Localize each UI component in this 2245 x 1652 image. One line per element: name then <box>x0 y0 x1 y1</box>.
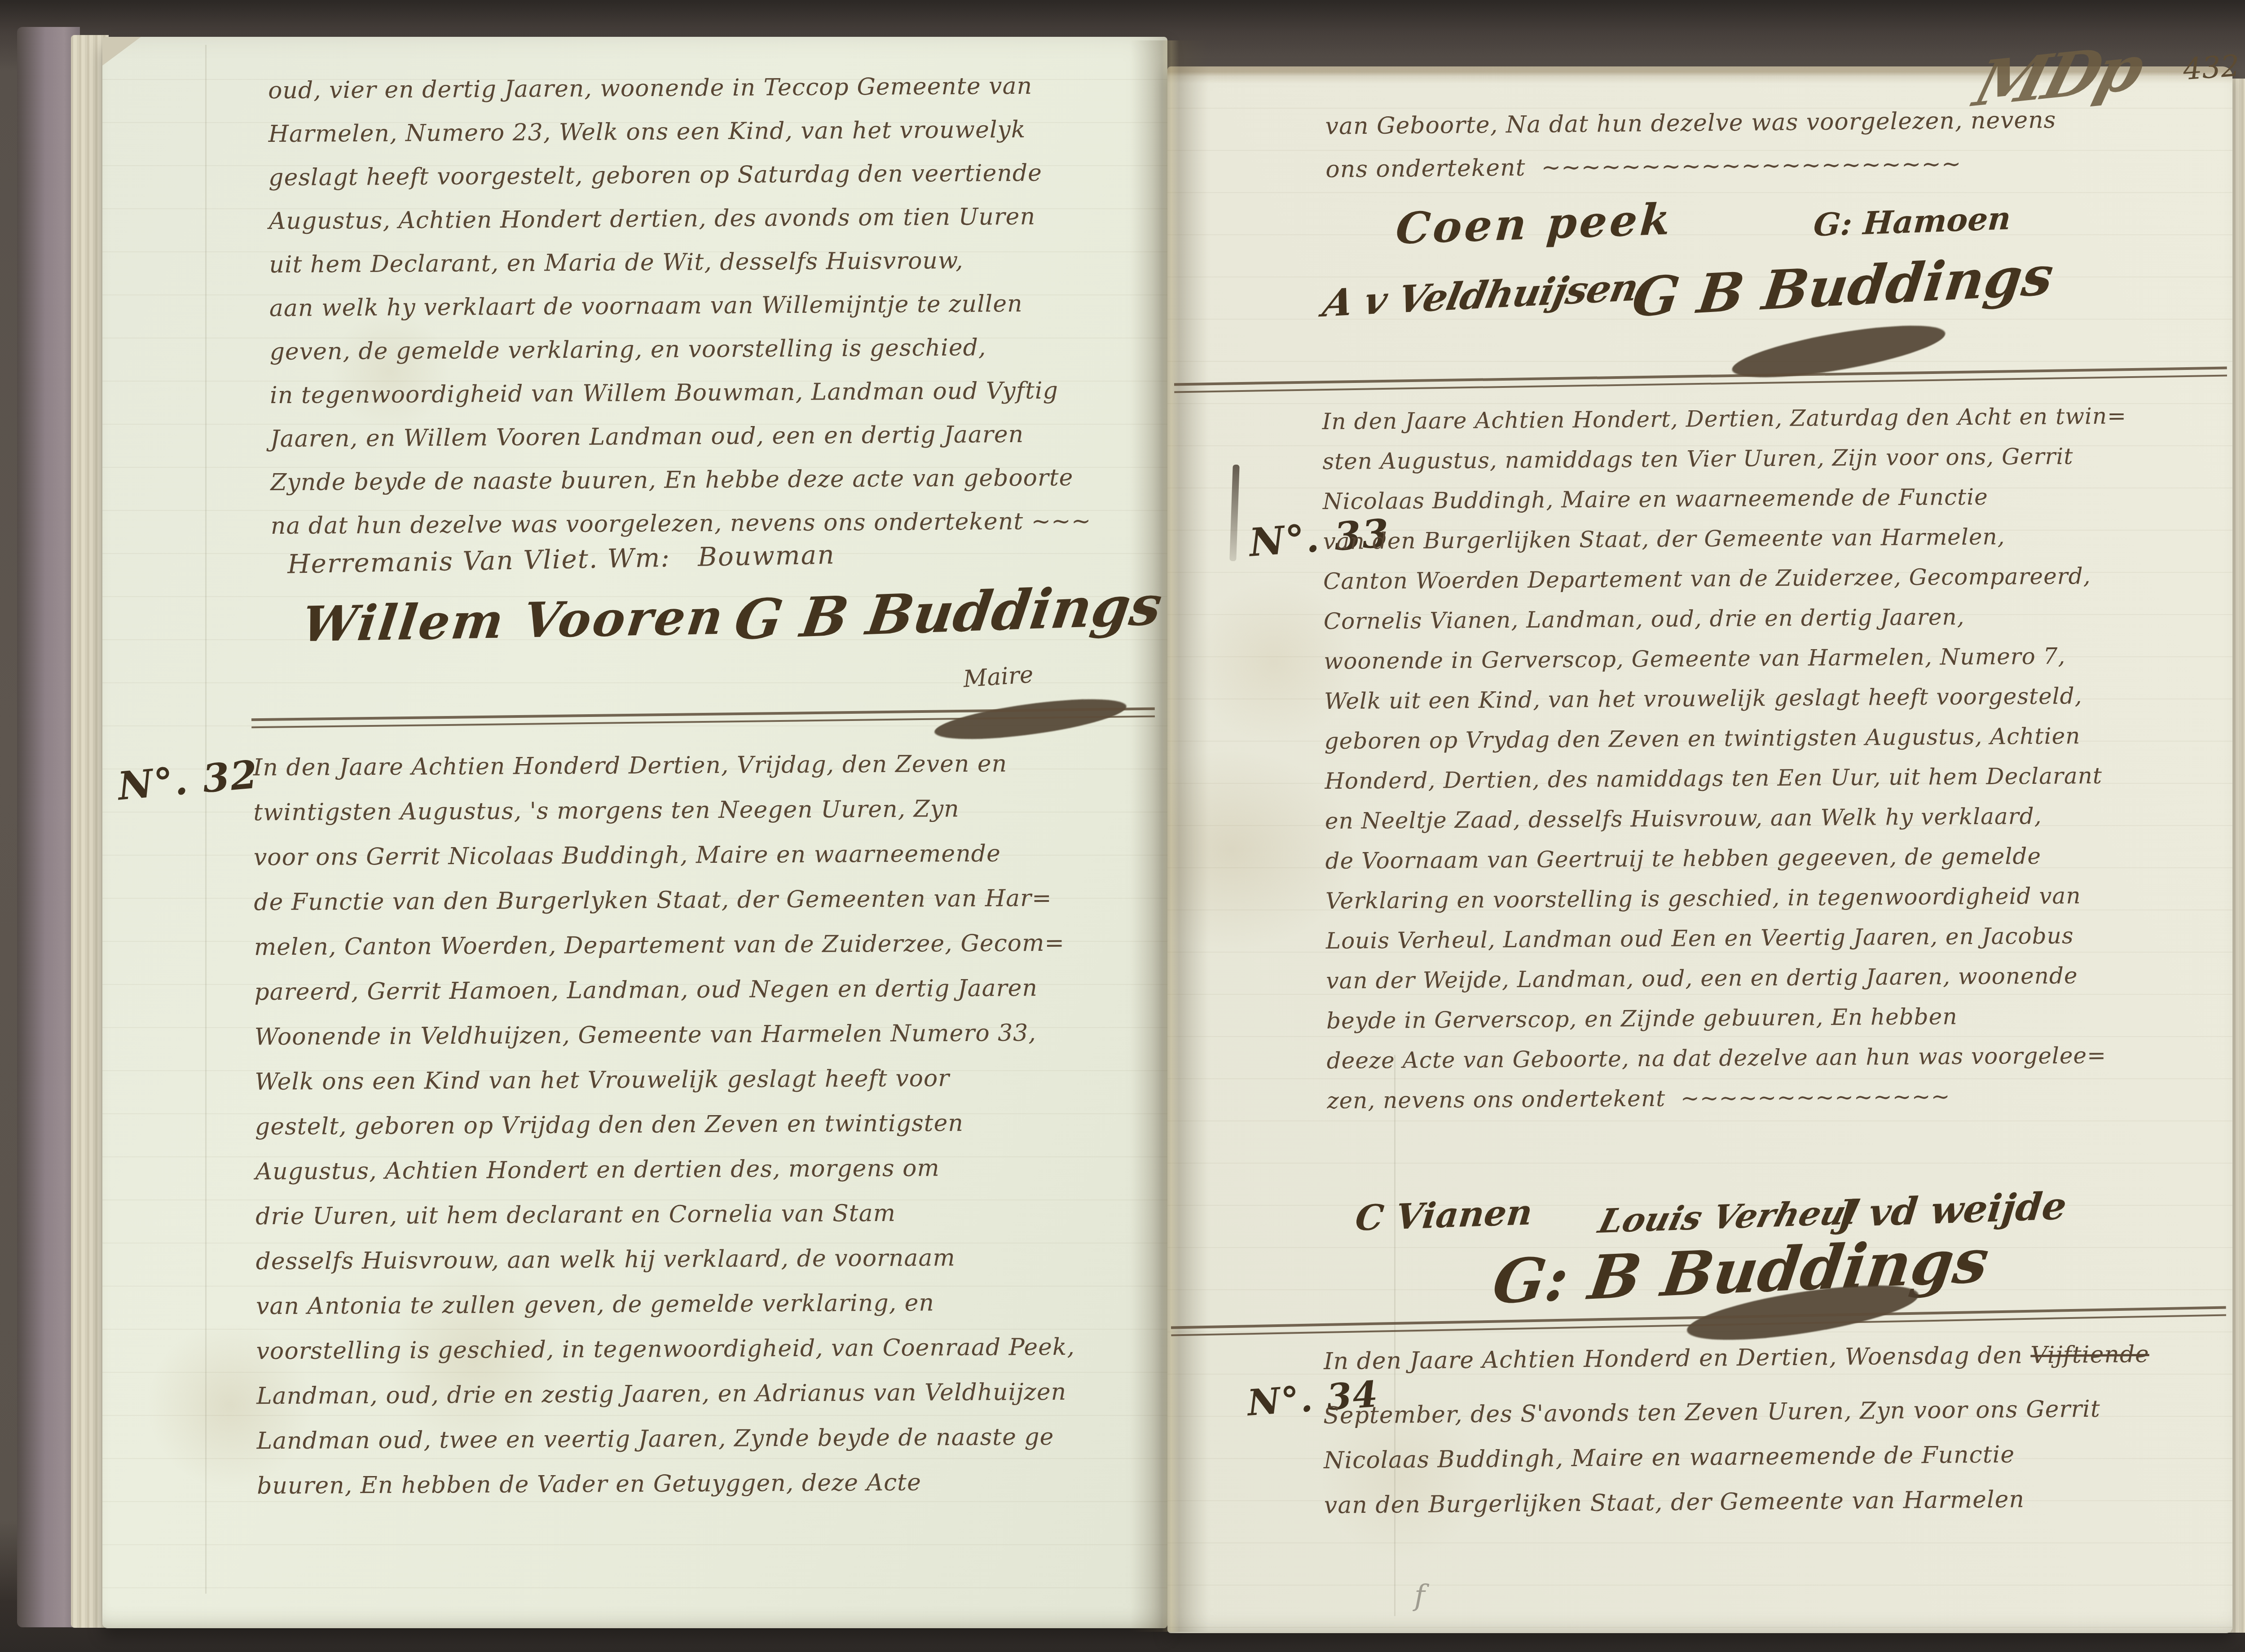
manuscript-line: geslagt heeft voorgestelt, geboren op Sa… <box>269 151 1162 200</box>
signature-coen-peek: Coen peek <box>1394 193 1674 254</box>
manuscript-line: en Neeltje Zaad, desselfs Huisvrouw, aan… <box>1325 795 2232 841</box>
manuscript-line: In den Jaare Achtien Hondert, Dertien, Z… <box>1322 395 2229 442</box>
manuscript-line: oud, vier en dertig Jaaren, woonende in … <box>268 64 1162 113</box>
manuscript-line: woonende in Gerverscop, Gemeente van Har… <box>1324 635 2231 681</box>
manuscript-line: twintigsten Augustus, 's morgens ten Nee… <box>253 786 1158 835</box>
manuscript-line: geven, de gemelde verklaring, en voorste… <box>269 325 1163 374</box>
manuscript-line: In den Jaare Achtien Honderd Dertien, Vr… <box>253 741 1158 791</box>
book-cover-edge <box>17 27 80 1627</box>
signature-title-maire: Maire <box>962 661 1034 693</box>
page-corner-fold <box>102 37 141 66</box>
manuscript-line: van den Burgerlijken Staat, der Gemeente… <box>1323 515 2230 562</box>
manuscript-line: aan welk hy verklaart de voornaam van Wi… <box>269 281 1163 330</box>
page-crease-right <box>1394 1055 1395 1616</box>
manuscript-line: voorstelling is geschied, in tegenwoordi… <box>256 1324 1161 1374</box>
entry32-continuation-text: van Geboorte, Na dat hun dezelve was voo… <box>1325 97 2224 191</box>
entry34-text: September, des S'avonds ten Zeven Uuren,… <box>1323 1385 2232 1528</box>
pencil-mark-f: f <box>1414 1579 1425 1612</box>
entry34-struck-word: Vijftiende <box>2030 1341 2149 1369</box>
scan-background: { "scan": { "page_number": "432", "corne… <box>0 0 2245 1652</box>
signature-g-hamoen: G: Hamoen <box>1812 199 2012 243</box>
manuscript-line: Jaaren, en Willem Vooren Landman oud, ee… <box>270 412 1164 461</box>
manuscript-line: van Antonia te zullen geven, de gemelde … <box>256 1279 1161 1329</box>
manuscript-line: van der Weijde, Landman, oud, een en der… <box>1326 955 2233 1001</box>
manuscript-line: Landman, oud, drie en zestig Jaaren, en … <box>256 1369 1161 1419</box>
manuscript-line: September, des S'avonds ten Zeven Uuren,… <box>1323 1385 2231 1438</box>
manuscript-line: Honderd, Dertien, des namiddags ten Een … <box>1325 755 2232 801</box>
signature-willem-vooren: Willem Vooren <box>299 589 728 653</box>
manuscript-line: deeze Acte van Geboorte, na dat dezelve … <box>1326 1035 2234 1081</box>
manuscript-line: desselfs Huisvrouw, aan welk hij verklaa… <box>255 1235 1160 1284</box>
manuscript-line: Cornelis Vianen, Landman, oud, drie en d… <box>1324 595 2231 641</box>
manuscript-line: na dat hun dezelve was voorgelezen, neve… <box>271 499 1165 548</box>
manuscript-line: geboren op Vrydag den Zeven en twintigst… <box>1324 715 2232 761</box>
entry32-text: In den Jaare Achtien Honderd Dertien, Vr… <box>253 741 1162 1509</box>
manuscript-line: van Geboorte, Na dat hun dezelve was voo… <box>1325 97 2223 148</box>
manuscript-line: pareerd, Gerrit Hamoen, Landman, oud Neg… <box>254 965 1159 1015</box>
manuscript-line: ons ondertekent ~~~~~~~~~~~~~~~~~~~~~ <box>1325 140 2224 191</box>
entry33-text: In den Jaare Achtien Hondert, Dertien, Z… <box>1322 395 2234 1121</box>
manuscript-line: Nicolaas Buddingh, Maire en waarneemende… <box>1323 475 2230 522</box>
manuscript-line: uit hem Declarant, en Maria de Wit, dess… <box>269 238 1163 287</box>
manuscript-line: Welk uit een Kind, van het vrouwelijk ge… <box>1324 675 2232 721</box>
manuscript-line: Augustus, Achtien Hondert en dertien des… <box>255 1145 1160 1195</box>
manuscript-line: drie Uuren, uit hem declarant en Corneli… <box>255 1190 1160 1239</box>
manuscript-line: Harmelen, Numero 23, Welk ons een Kind, … <box>268 107 1162 156</box>
manuscript-line: Canton Woerden Departement van de Zuider… <box>1323 555 2231 602</box>
manuscript-line: Zynde beyde de naaste buuren, En hebbe d… <box>270 456 1164 505</box>
entry31-continuation-text: oud, vier en dertig Jaaren, woonende in … <box>268 64 1164 548</box>
book-scan: oud, vier en dertig Jaaren, woonende in … <box>0 0 2245 1652</box>
folio-page-number: 432 <box>2182 48 2241 87</box>
manuscript-line: buuren, En hebben de Vader en Getuyggen,… <box>257 1459 1162 1509</box>
manuscript-line: gestelt, geboren op Vrijdag den den Zeve… <box>255 1100 1160 1150</box>
manuscript-line: zen, nevens ons ondertekent ~~~~~~~~~~~~… <box>1327 1075 2234 1121</box>
manuscript-line: Woonende in Veldhuijzen, Gemeente van Ha… <box>255 1010 1159 1060</box>
manuscript-line: Augustus, Achtien Hondert dertien, des a… <box>269 194 1163 243</box>
manuscript-line: Nicolaas Buddingh, Maire en waarneemende… <box>1324 1430 2231 1483</box>
manuscript-line: Verklaring en voorstelling is geschied, … <box>1325 875 2233 921</box>
manuscript-line: van den Burgerlijken Staat, der Gemeente… <box>1324 1475 2231 1528</box>
manuscript-line: Welk ons een Kind van het Vrouwelijk ges… <box>255 1055 1159 1105</box>
signature-vianen: C Vianen <box>1353 1192 1534 1239</box>
manuscript-line: Louis Verheul, Landman oud Een en Veerti… <box>1326 915 2233 961</box>
manuscript-line: de Functie van den Burgerlyken Staat, de… <box>254 875 1158 925</box>
manuscript-line: sten Augustus, namiddags ten Vier Uuren,… <box>1322 435 2230 482</box>
page-crease-left <box>205 45 207 1594</box>
manuscript-line: beyde in Gerverscop, en Zijnde gebuuren,… <box>1326 995 2234 1041</box>
manuscript-line: in tegenwoordigheid van Willem Bouwman, … <box>270 369 1164 417</box>
manuscript-line: voor ons Gerrit Nicolaas Buddingh, Maire… <box>254 830 1158 880</box>
manuscript-line: de Voornaam van Geertruij te hebben gege… <box>1325 835 2232 881</box>
manuscript-line: melen, Canton Woerden, Departement van d… <box>254 920 1159 970</box>
manuscript-line: Landman oud, twee en veertig Jaaren, Zyn… <box>256 1414 1161 1464</box>
